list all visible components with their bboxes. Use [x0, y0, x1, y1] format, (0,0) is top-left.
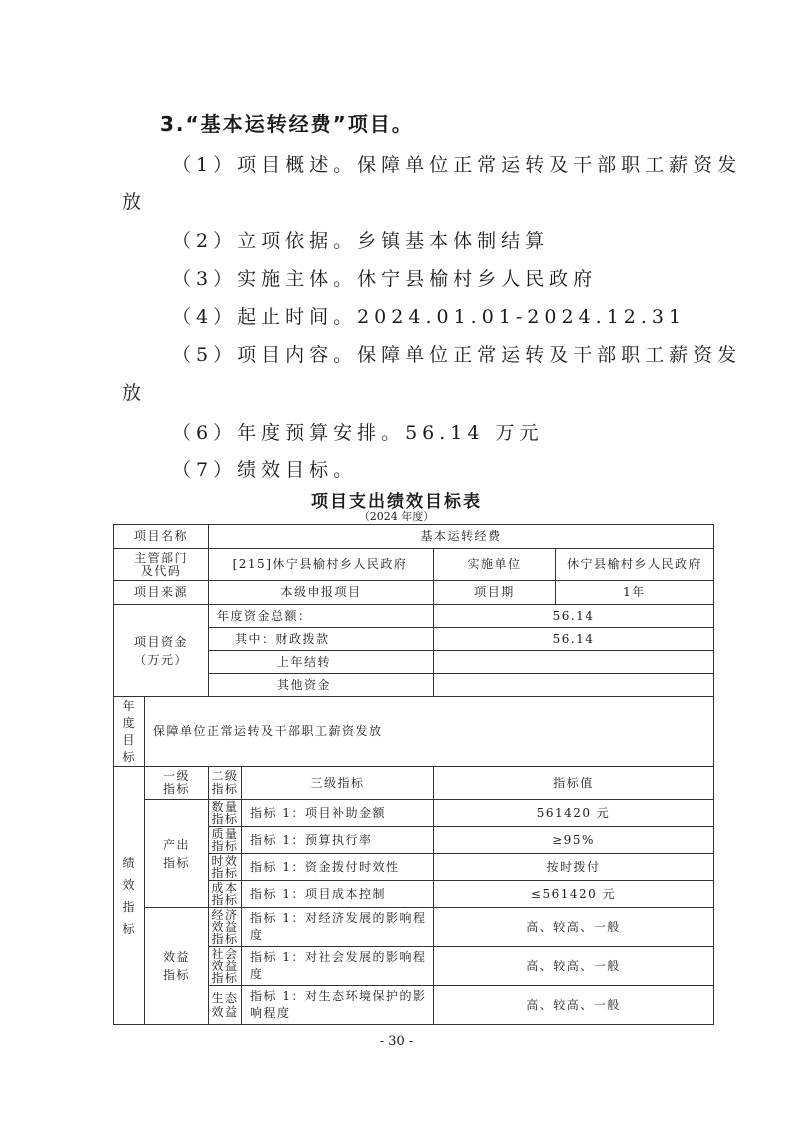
period-label: 项目期 — [434, 581, 556, 605]
level3-cell: 指标 1：对生态环境保护的影响程度 — [242, 986, 434, 1025]
header-level1-text: 一级指标 — [163, 770, 191, 796]
paragraph-subject: （3）实施主体。休宁县榆村乡人民政府 — [172, 264, 597, 291]
paragraph-period: （4）起止时间。2024.01.01-2024.12.31 — [172, 302, 686, 329]
table-row: 效益指标 经济效益指标 指标 1：对经济发展的影响程度 高、较高、一般 — [114, 908, 714, 947]
impl-label: 实施单位 — [434, 549, 556, 581]
dept-label-text: 主管部门及代码 — [131, 552, 191, 578]
funds-total-value: 56.14 — [434, 605, 714, 628]
level2-text: 生态效益 — [211, 991, 239, 1019]
funds-carryover-label: 上年结转 — [209, 651, 434, 674]
level2-text: 经济效益指标 — [211, 909, 239, 945]
paragraph-budget: （6）年度预算安排。56.14 万元 — [172, 418, 544, 445]
impl-value: 休宁县榆村乡人民政府 — [556, 549, 714, 581]
value-cell: 按时拨付 — [434, 854, 714, 881]
perf-label: 绩效指标 — [114, 767, 145, 1025]
level2-cell: 质量指标 — [209, 827, 242, 854]
funds-total-label: 年度资金总额： — [209, 605, 434, 628]
value-cell: 561420 元 — [434, 800, 714, 827]
paragraph-overview: （1）项目概述。保障单位正常运转及干部职工薪资发 — [172, 150, 741, 177]
performance-target-table: 项目名称 基本运转经费 主管部门及代码 [215]休宁县榆村乡人民政府 实施单位… — [113, 524, 714, 1025]
output-label-text: 产出指标 — [163, 836, 191, 872]
funds-other-value — [434, 674, 714, 697]
dept-label: 主管部门及代码 — [114, 549, 209, 581]
value-cell: 高、较高、一般 — [434, 986, 714, 1025]
table-subtitle: （2024 年度） — [0, 508, 793, 524]
annual-goal-label-text: 年度目标 — [123, 698, 136, 766]
funds-fiscal-label: 其中：财政拨款 — [209, 628, 434, 651]
level2-text: 数量指标 — [211, 801, 239, 825]
paragraph-content: （5）项目内容。保障单位正常运转及干部职工薪资发 — [172, 340, 741, 367]
table-row: 主管部门及代码 [215]休宁县榆村乡人民政府 实施单位 休宁县榆村乡人民政府 — [114, 549, 714, 581]
table-row: 产出指标 数量指标 指标 1：项目补助金额 561420 元 — [114, 800, 714, 827]
value-cell: 高、较高、一般 — [434, 947, 714, 986]
funds-other-label: 其他资金 — [209, 674, 434, 697]
level2-text: 质量指标 — [211, 828, 239, 852]
paragraph-overview-cont: 放 — [122, 187, 146, 214]
level3-cell: 指标 1：项目成本控制 — [242, 881, 434, 908]
project-name-value: 基本运转经费 — [209, 525, 714, 549]
header-level2-text: 二级指标 — [211, 770, 239, 796]
output-label: 产出指标 — [145, 800, 209, 908]
header-level2: 二级指标 — [209, 767, 242, 800]
benefit-label: 效益指标 — [145, 908, 209, 1025]
annual-goal-label: 年度目标 — [114, 697, 145, 767]
source-label: 项目来源 — [114, 581, 209, 605]
level3-cell: 指标 1：预算执行率 — [242, 827, 434, 854]
level2-cell: 生态效益 — [209, 986, 242, 1025]
table-row: 绩效指标 一级指标 二级指标 三级指标 指标值 — [114, 767, 714, 800]
value-cell: 高、较高、一般 — [434, 908, 714, 947]
level3-cell: 指标 1：项目补助金额 — [242, 800, 434, 827]
period-value: 1年 — [556, 581, 714, 605]
funds-carryover-value — [434, 651, 714, 674]
table-row: 项目来源 本级申报项目 项目期 1年 — [114, 581, 714, 605]
annual-goal-value: 保障单位正常运转及干部职工薪资发放 — [145, 697, 714, 767]
funds-label-text: 项目资金（万元） — [131, 633, 191, 669]
table-row: 项目名称 基本运转经费 — [114, 525, 714, 549]
level2-cell: 数量指标 — [209, 800, 242, 827]
benefit-label-text: 效益指标 — [163, 948, 191, 984]
level2-cell: 经济效益指标 — [209, 908, 242, 947]
funds-fiscal-value: 56.14 — [434, 628, 714, 651]
paragraph-basis: （2）立项依据。乡镇基本体制结算 — [172, 226, 549, 253]
paragraph-goals: （7）绩效目标。 — [172, 455, 357, 482]
funds-label: 项目资金（万元） — [114, 605, 209, 697]
dept-value: [215]休宁县榆村乡人民政府 — [209, 549, 434, 581]
level2-text: 时效指标 — [211, 855, 239, 879]
page-number: - 30 - — [0, 1034, 793, 1049]
table-row: 年度目标 保障单位正常运转及干部职工薪资发放 — [114, 697, 714, 767]
level3-cell: 指标 1：对社会发展的影响程度 — [242, 947, 434, 986]
level2-cell: 成本指标 — [209, 881, 242, 908]
level2-cell: 时效指标 — [209, 854, 242, 881]
section-heading: 3.“基本运转经费”项目。 — [160, 108, 414, 137]
table-row: 项目资金（万元） 年度资金总额： 56.14 — [114, 605, 714, 628]
level2-text: 成本指标 — [211, 882, 239, 906]
source-value: 本级申报项目 — [209, 581, 434, 605]
perf-label-text: 绩效指标 — [123, 852, 136, 940]
header-value: 指标值 — [434, 767, 714, 800]
value-cell: ≤561420 元 — [434, 881, 714, 908]
project-name-label: 项目名称 — [114, 525, 209, 549]
paragraph-content-cont: 放 — [122, 378, 146, 405]
value-cell: ≥95% — [434, 827, 714, 854]
header-level1: 一级指标 — [145, 767, 209, 800]
level2-text: 社会效益指标 — [211, 948, 239, 984]
level3-cell: 指标 1：资金拨付时效性 — [242, 854, 434, 881]
level2-cell: 社会效益指标 — [209, 947, 242, 986]
level3-cell: 指标 1：对经济发展的影响程度 — [242, 908, 434, 947]
header-level3: 三级指标 — [242, 767, 434, 800]
